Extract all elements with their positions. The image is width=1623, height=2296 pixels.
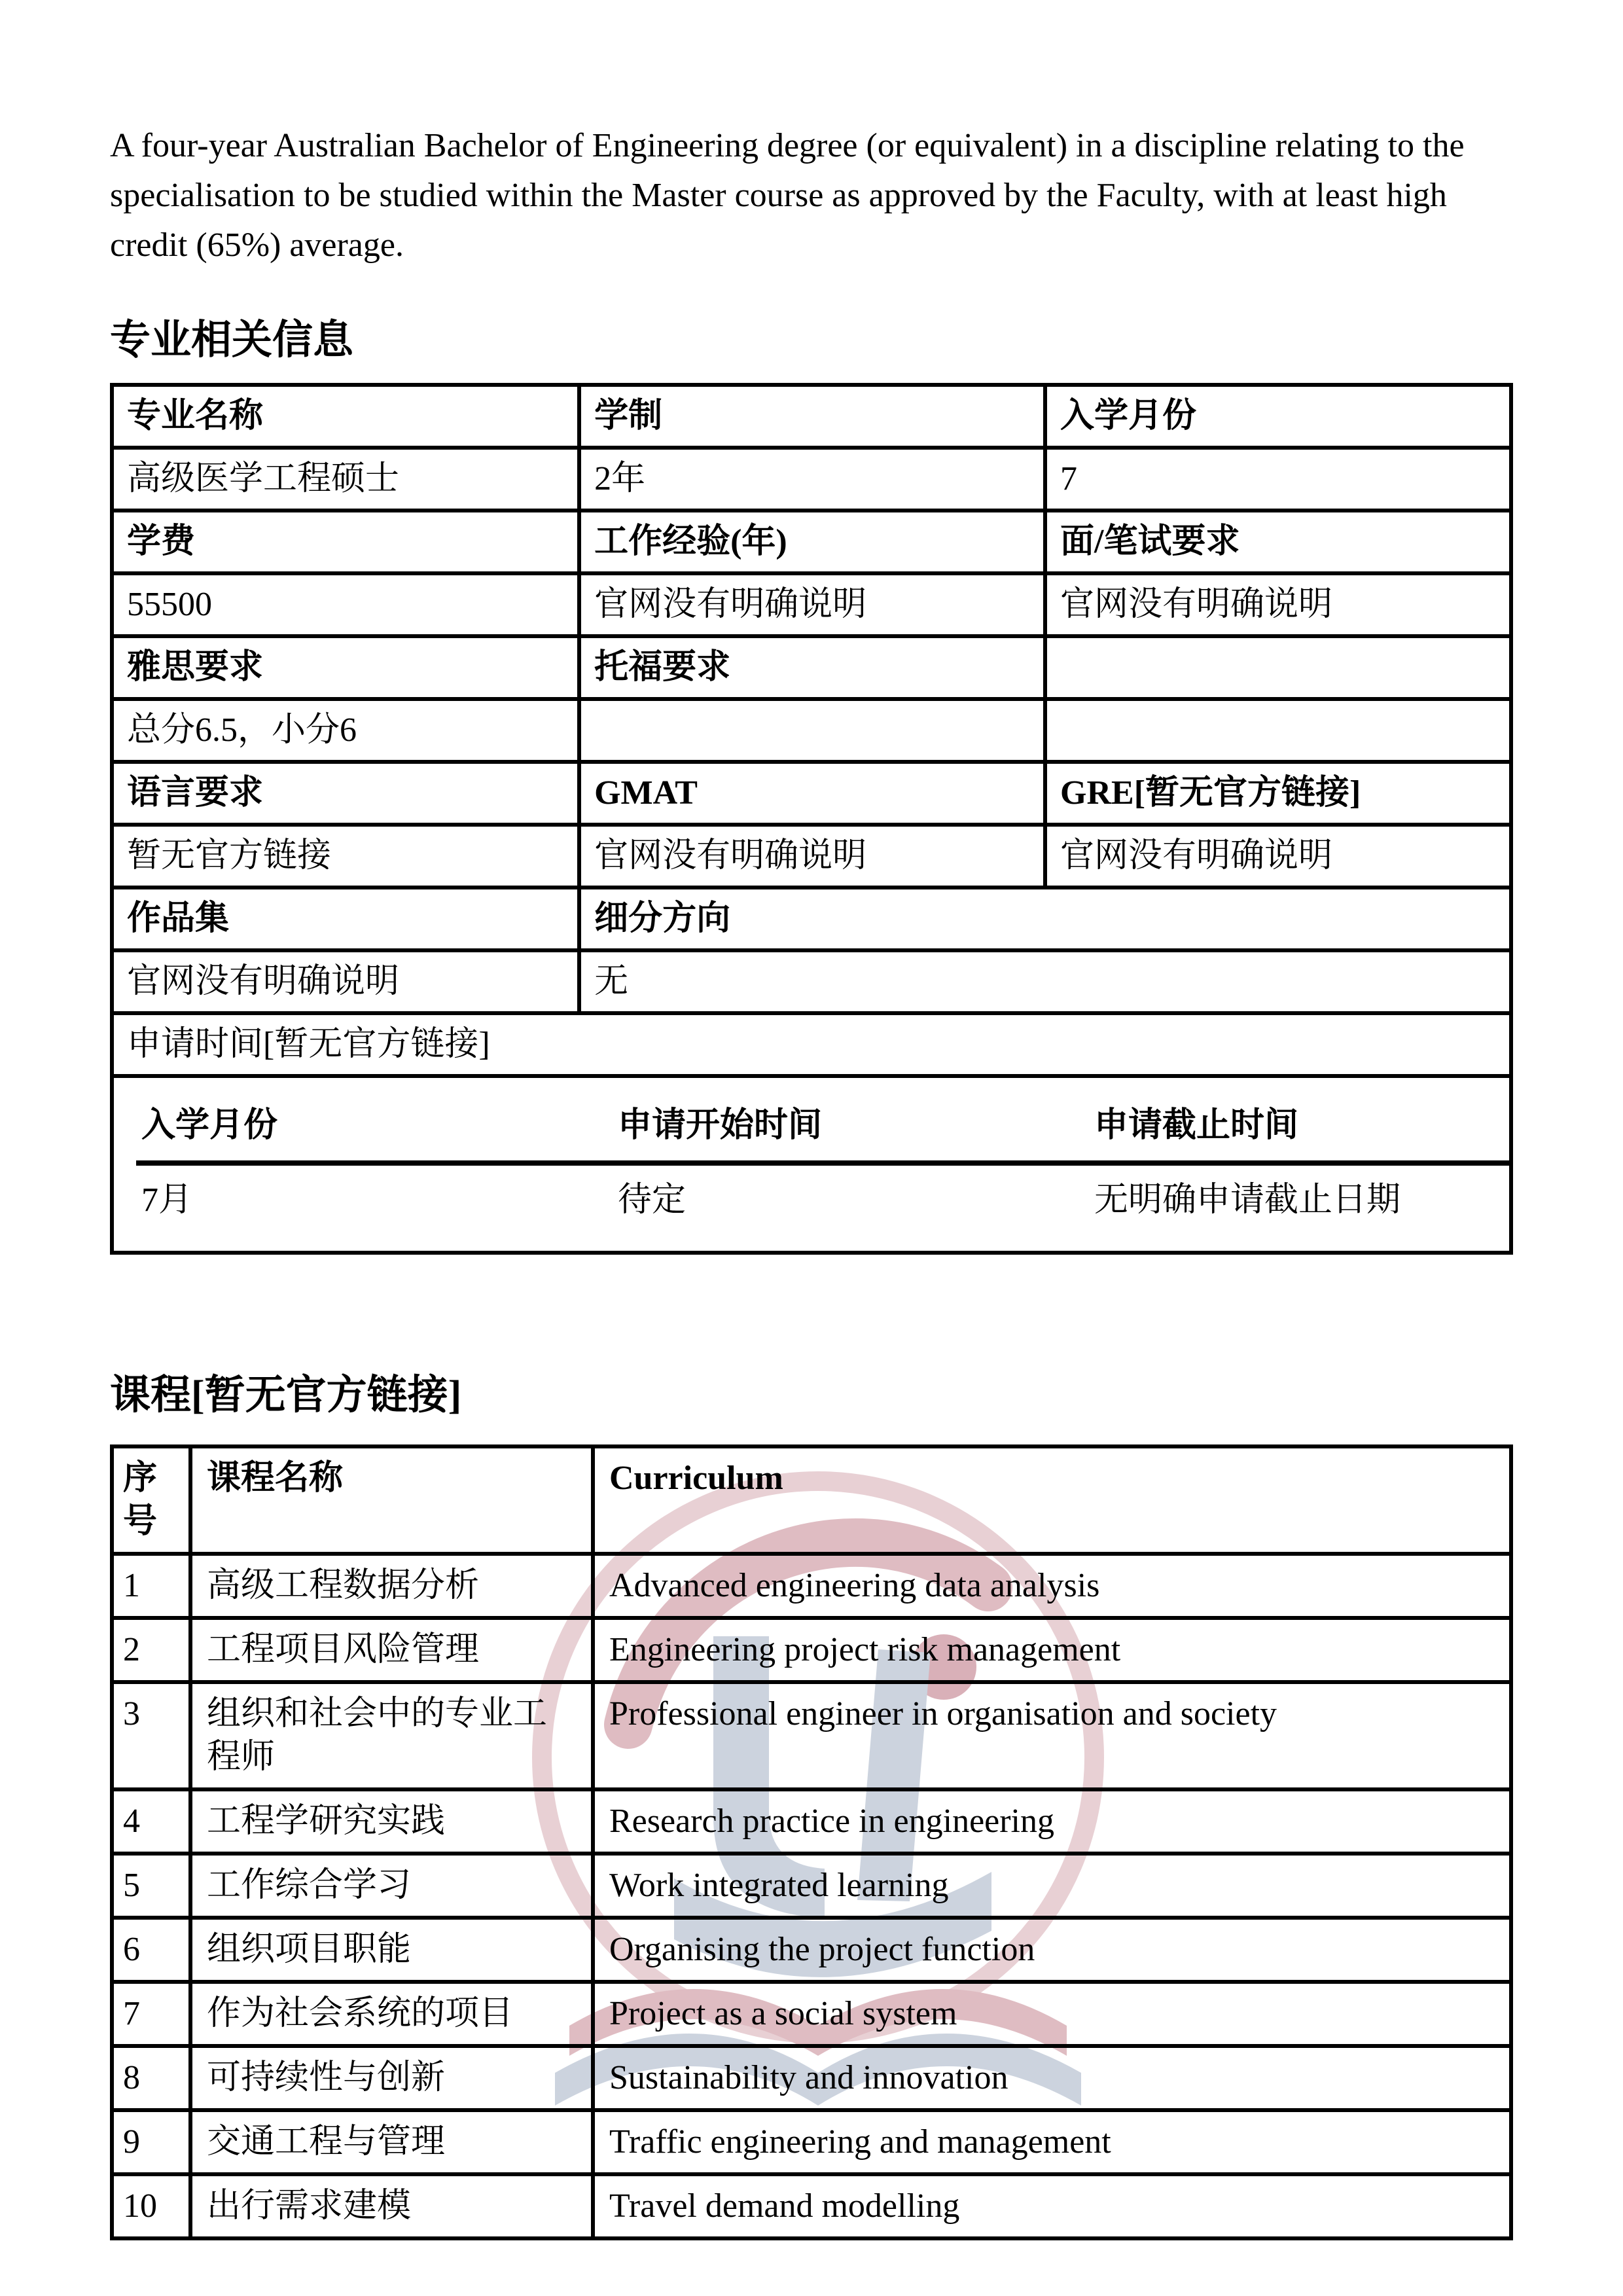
course-name-en: Engineering project risk management bbox=[593, 1618, 1511, 1682]
course-name-zh: 交通工程与管理 bbox=[190, 2110, 593, 2174]
course-no: 2 bbox=[112, 1618, 190, 1682]
course-no: 6 bbox=[112, 1918, 190, 1982]
value-cell: 官网没有明确说明 bbox=[1045, 825, 1511, 888]
span-cell: 申请时间[暂无官方链接] bbox=[112, 1013, 1511, 1076]
table-row: 55500 官网没有明确说明 官网没有明确说明 bbox=[112, 573, 1511, 636]
table-row: 入学月份 申请开始时间 申请截止时间 bbox=[136, 1091, 1511, 1163]
course-name-en: Professional engineer in organisation an… bbox=[593, 1682, 1511, 1789]
value-cell: 无明确申请截止日期 bbox=[1089, 1163, 1511, 1235]
header-cell: 专业名称 bbox=[112, 385, 579, 448]
section-heading-courses: 课程[暂无官方链接] bbox=[110, 1371, 1513, 1420]
table-row: 学费 工作经验(年) 面/笔试要求 bbox=[112, 511, 1511, 573]
course-name-zh: 工作综合学习 bbox=[190, 1854, 593, 1918]
table-row: 暂无官方链接 官网没有明确说明 官网没有明确说明 bbox=[112, 825, 1511, 888]
course-name-zh: 高级工程数据分析 bbox=[190, 1554, 593, 1618]
header-cell: GMAT bbox=[579, 762, 1045, 825]
course-no: 3 bbox=[112, 1682, 190, 1789]
table-row: 2 工程项目风险管理 Engineering project risk mana… bbox=[112, 1618, 1511, 1682]
course-no: 5 bbox=[112, 1854, 190, 1918]
table-row: 6 组织项目职能 Organising the project function bbox=[112, 1918, 1511, 1982]
header-cell: GRE[暂无官方链接] bbox=[1045, 762, 1511, 825]
course-name-zh: 组织项目职能 bbox=[190, 1918, 593, 1982]
table-row: 官网没有明确说明 无 bbox=[112, 950, 1511, 1013]
value-cell: 官网没有明确说明 bbox=[1045, 573, 1511, 636]
table-row: 专业名称 学制 入学月份 bbox=[112, 385, 1511, 448]
table-row: 总分6.5，小分6 bbox=[112, 699, 1511, 762]
course-no: 8 bbox=[112, 2046, 190, 2110]
header-cell: 课程名称 bbox=[190, 1446, 593, 1554]
course-name-en: Work integrated learning bbox=[593, 1854, 1511, 1918]
table-row: 10 出行需求建模 Travel demand modelling bbox=[112, 2174, 1511, 2238]
header-cell: 序号 bbox=[112, 1446, 190, 1554]
course-no: 4 bbox=[112, 1789, 190, 1854]
course-name-en: Research practice in engineering bbox=[593, 1789, 1511, 1854]
course-name-zh: 可持续性与创新 bbox=[190, 2046, 593, 2110]
intro-paragraph: A four-year Australian Bachelor of Engin… bbox=[110, 121, 1517, 270]
header-cell: 入学月份 bbox=[136, 1091, 613, 1163]
table-row: 入学月份 申请开始时间 申请截止时间 7月 待定 无明确申请截止日期 bbox=[112, 1076, 1511, 1253]
value-cell: 官网没有明确说明 bbox=[579, 825, 1045, 888]
course-no: 7 bbox=[112, 1982, 190, 2046]
header-cell: 细分方向 bbox=[579, 888, 1511, 950]
table-row: 作品集 细分方向 bbox=[112, 888, 1511, 950]
value-cell: 2年 bbox=[579, 448, 1045, 511]
header-cell: 工作经验(年) bbox=[579, 511, 1045, 573]
value-cell: 总分6.5，小分6 bbox=[112, 699, 579, 762]
course-name-en: Travel demand modelling bbox=[593, 2174, 1511, 2238]
course-name-en: Organising the project function bbox=[593, 1918, 1511, 1982]
header-cell bbox=[1045, 636, 1511, 699]
value-cell: 待定 bbox=[613, 1163, 1089, 1235]
course-name-en: Project as a social system bbox=[593, 1982, 1511, 2046]
value-cell: 高级医学工程硕士 bbox=[112, 448, 579, 511]
table-row: 9 交通工程与管理 Traffic engineering and manage… bbox=[112, 2110, 1511, 2174]
course-no: 1 bbox=[112, 1554, 190, 1618]
table-row: 雅思要求 托福要求 bbox=[112, 636, 1511, 699]
program-info-table: 专业名称 学制 入学月份 高级医学工程硕士 2年 7 学费 工作经验(年) 面/… bbox=[110, 383, 1513, 1255]
value-cell: 无 bbox=[579, 950, 1511, 1013]
header-cell: 作品集 bbox=[112, 888, 579, 950]
header-cell: 托福要求 bbox=[579, 636, 1045, 699]
course-name-zh: 出行需求建模 bbox=[190, 2174, 593, 2238]
schedule-table: 入学月份 申请开始时间 申请截止时间 7月 待定 无明确申请截止日期 bbox=[136, 1091, 1511, 1235]
courses-table: 序号 课程名称 Curriculum 1 高级工程数据分析 Advanced e… bbox=[110, 1444, 1513, 2240]
value-cell: 7月 bbox=[136, 1163, 613, 1235]
course-name-zh: 作为社会系统的项目 bbox=[190, 1982, 593, 2046]
table-row: 4 工程学研究实践 Research practice in engineeri… bbox=[112, 1789, 1511, 1854]
course-name-en: Traffic engineering and management bbox=[593, 2110, 1511, 2174]
course-no: 9 bbox=[112, 2110, 190, 2174]
table-row: 1 高级工程数据分析 Advanced engineering data ana… bbox=[112, 1554, 1511, 1618]
header-cell: 入学月份 bbox=[1045, 385, 1511, 448]
table-row: 高级医学工程硕士 2年 7 bbox=[112, 448, 1511, 511]
value-cell: 官网没有明确说明 bbox=[112, 950, 579, 1013]
table-row: 3 组织和社会中的专业工程师 Professional engineer in … bbox=[112, 1682, 1511, 1789]
table-row: 语言要求 GMAT GRE[暂无官方链接] bbox=[112, 762, 1511, 825]
course-name-zh: 组织和社会中的专业工程师 bbox=[190, 1682, 593, 1789]
course-name-en: Sustainability and innovation bbox=[593, 2046, 1511, 2110]
value-cell bbox=[1045, 699, 1511, 762]
value-cell: 55500 bbox=[112, 573, 579, 636]
table-row: 7月 待定 无明确申请截止日期 bbox=[136, 1163, 1511, 1235]
header-cell: 语言要求 bbox=[112, 762, 579, 825]
header-cell: 雅思要求 bbox=[112, 636, 579, 699]
table-row: 序号 课程名称 Curriculum bbox=[112, 1446, 1511, 1554]
header-cell: 申请开始时间 bbox=[613, 1091, 1089, 1163]
value-cell: 官网没有明确说明 bbox=[579, 573, 1045, 636]
table-row: 5 工作综合学习 Work integrated learning bbox=[112, 1854, 1511, 1918]
table-row: 申请时间[暂无官方链接] bbox=[112, 1013, 1511, 1076]
course-name-zh: 工程项目风险管理 bbox=[190, 1618, 593, 1682]
course-name-en: Advanced engineering data analysis bbox=[593, 1554, 1511, 1618]
header-cell: 面/笔试要求 bbox=[1045, 511, 1511, 573]
value-cell: 暂无官方链接 bbox=[112, 825, 579, 888]
header-cell: Curriculum bbox=[593, 1446, 1511, 1554]
value-cell bbox=[579, 699, 1045, 762]
schedule-cell: 入学月份 申请开始时间 申请截止时间 7月 待定 无明确申请截止日期 bbox=[112, 1076, 1511, 1253]
header-cell: 学费 bbox=[112, 511, 579, 573]
header-cell: 申请截止时间 bbox=[1089, 1091, 1511, 1163]
table-row: 8 可持续性与创新 Sustainability and innovation bbox=[112, 2046, 1511, 2110]
course-name-zh: 工程学研究实践 bbox=[190, 1789, 593, 1854]
table-row: 7 作为社会系统的项目 Project as a social system bbox=[112, 1982, 1511, 2046]
page-content: A four-year Australian Bachelor of Engin… bbox=[0, 0, 1623, 2240]
course-no: 10 bbox=[112, 2174, 190, 2238]
value-cell: 7 bbox=[1045, 448, 1511, 511]
section-heading-program-info: 专业相关信息 bbox=[110, 316, 1513, 365]
header-cell: 学制 bbox=[579, 385, 1045, 448]
document-page: { "page": { "intro": "A four-year Austra… bbox=[0, 0, 1623, 2296]
